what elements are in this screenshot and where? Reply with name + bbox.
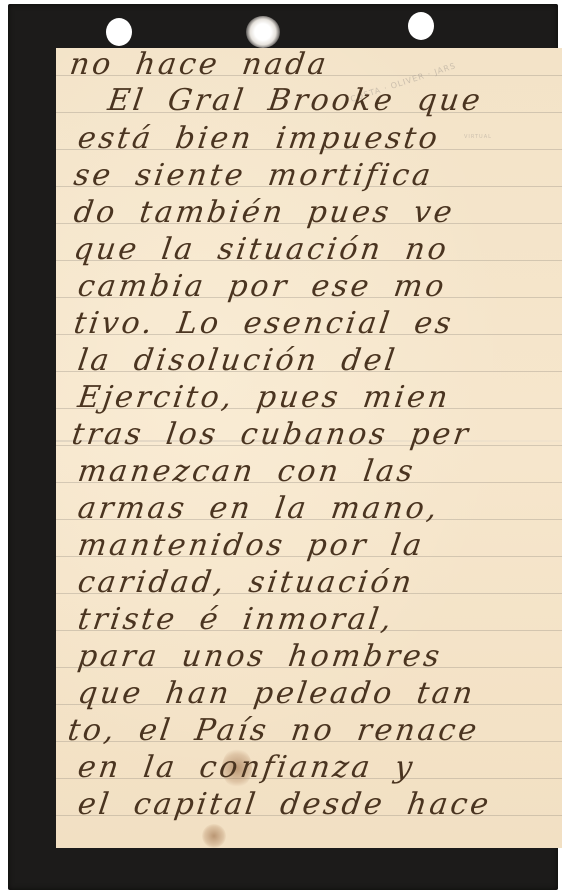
handwritten-line: triste é inmoral, [76,605,396,635]
handwritten-line: no hace nada [68,50,331,80]
handwritten-line: la disolución del [76,346,399,376]
ink-stain [202,824,226,848]
handwritten-line: Ejercito, pues mien [76,383,452,413]
embossed-stamp-sub: VIRTUAL [464,134,492,140]
handwritten-line: se siente mortifica [72,161,435,191]
letter-paper: COSTA · OLIVER · JARS VIRTUAL no hace na… [56,48,562,848]
handwritten-line: to, el País no renace [66,716,481,746]
handwritten-line: tivo. Lo esencial es [72,309,456,339]
scanned-letter: COSTA · OLIVER · JARS VIRTUAL no hace na… [0,0,576,896]
handwritten-line: cambia por ese mo [76,272,449,302]
punch-hole-left [106,18,132,46]
handwritten-line: do también pues ve [72,198,457,228]
mounting-board: COSTA · OLIVER · JARS VIRTUAL no hace na… [8,4,558,890]
handwritten-line: tras los cubanos per [70,420,473,450]
handwritten-line: en la confianza y [76,753,417,783]
punch-hole-right [408,12,434,40]
handwritten-line: el capital desde hace [76,790,493,820]
handwritten-line: armas en la mano, [76,494,442,524]
handwritten-line: manezcan con las [76,457,418,487]
handwritten-line: que la situación no [72,235,451,265]
handwritten-line: está bien impuesto [76,124,442,154]
handwritten-line: que han peleado tan [76,679,477,709]
handwritten-line: para unos hombres [76,642,444,672]
punch-hole-torn [246,16,280,48]
handwritten-line: caridad, situación [76,568,416,598]
handwritten-line: El Gral Brooke que [106,86,485,116]
handwritten-line: mantenidos por la [76,531,426,561]
